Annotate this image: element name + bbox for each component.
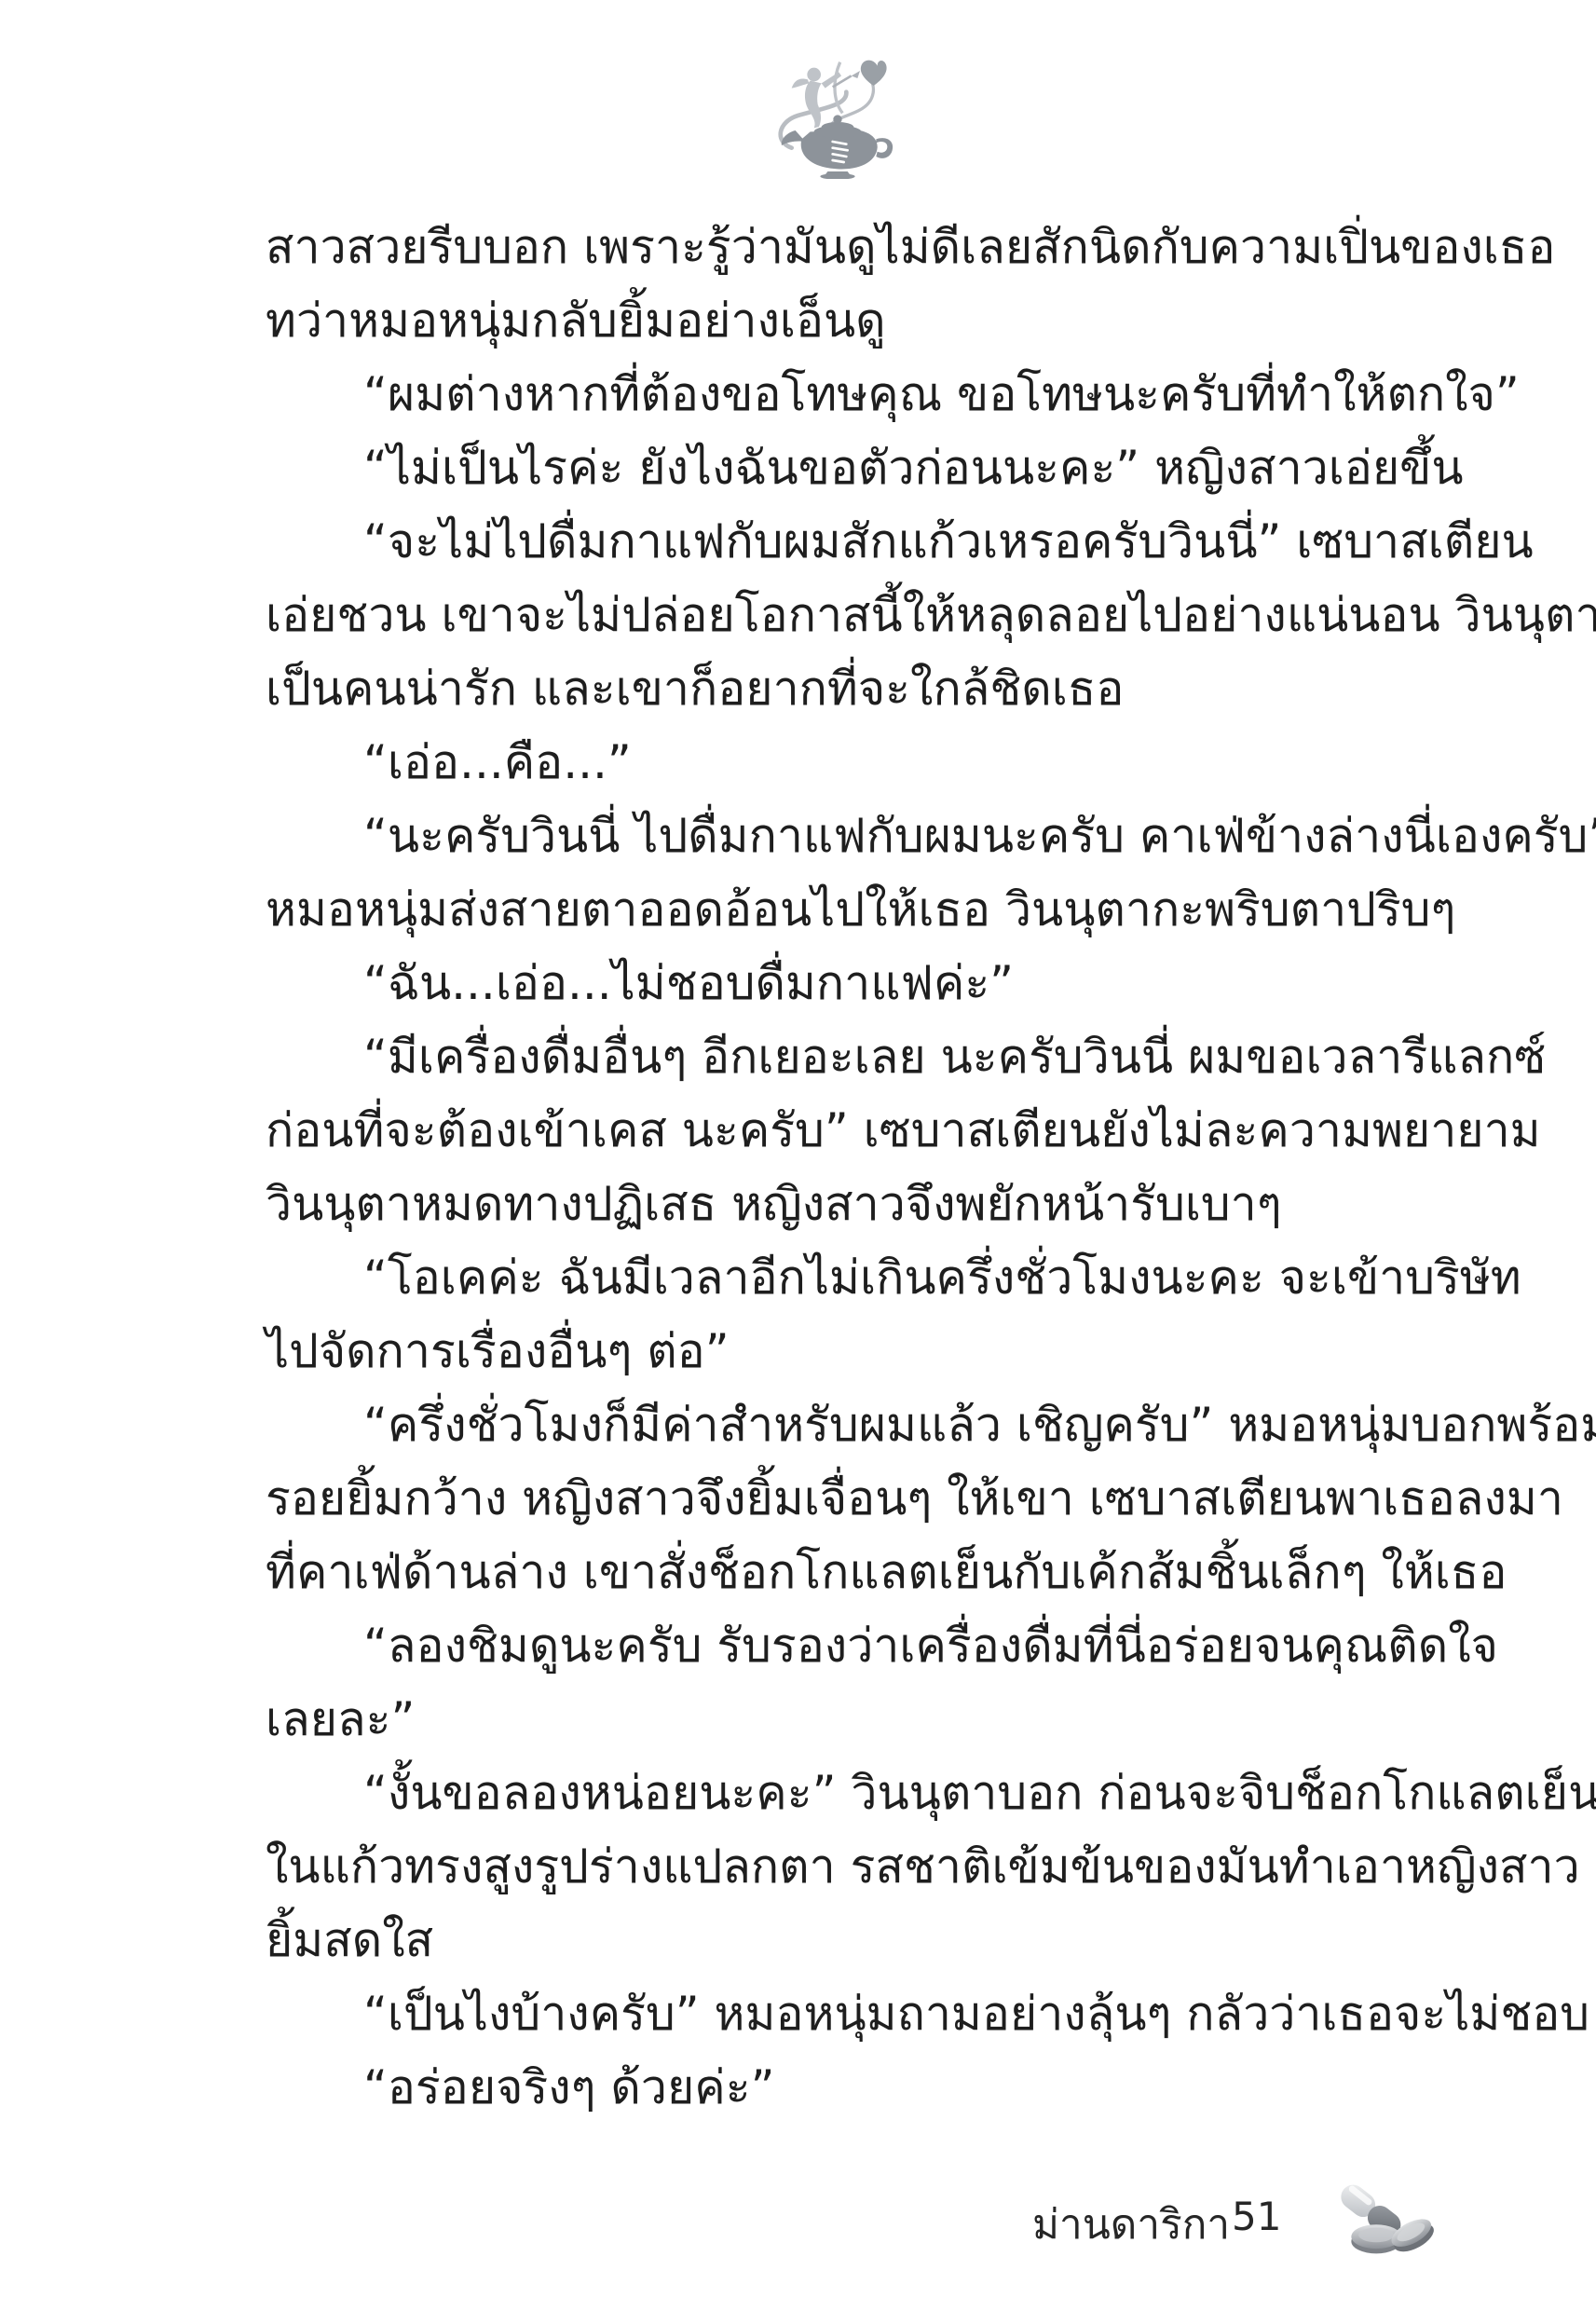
genie-lamp-icon: [782, 115, 893, 179]
page-number: 51: [1232, 2194, 1281, 2239]
body-text-line: “ไม่เป็นไรค่ะ ยังไงฉันขอตัวก่อนนะคะ” หญิ…: [266, 431, 1430, 505]
body-text-line: “ลองชิมดูนะครับ รับรองว่าเครื่องดื่มที่น…: [266, 1609, 1430, 1683]
body-text-line: “ผมต่างหากที่ต้องขอโทษคุณ ขอโทษนะครับที่…: [266, 358, 1430, 431]
page-footer: ม่านดาริกา 51: [0, 2179, 1596, 2281]
body-text-line: ยิ้มสดใส: [266, 1904, 1430, 1977]
book-title: ม่านดาริกา: [1032, 2192, 1230, 2257]
body-text-line: “ฉัน...เอ่อ...ไม่ชอบดื่มกาแฟค่ะ”: [266, 947, 1430, 1020]
body-text: สาวสวยรีบบอก เพราะรู้ว่ามันดูไม่ดีเลยสัก…: [266, 211, 1430, 2125]
body-text-line: เลยละ”: [266, 1683, 1430, 1757]
body-text-line: ที่คาเฟ่ด้านล่าง เขาสั่งช็อกโกแลตเย็นกับ…: [266, 1536, 1430, 1609]
body-text-line: “จะไม่ไปดื่มกาแฟกับผมสักแก้วเหรอครับวินน…: [266, 505, 1430, 579]
body-text-line: “อร่อยจริงๆ ด้วยค่ะ”: [266, 2051, 1430, 2125]
body-text-line: วินนุตาหมดทางปฏิเสธ หญิงสาวจึงพยักหน้ารั…: [266, 1168, 1430, 1241]
arrow-head: [852, 71, 860, 78]
body-text-line: “เป็นไงบ้างครับ” หมอหนุ่มถามอย่างลุ้นๆ ก…: [266, 1977, 1430, 2051]
cupid-genie-lamp-ornament-icon: [771, 48, 911, 179]
body-text-line: ในแก้วทรงสูงรูปร่างแปลกตา รสชาติเข้มข้นข…: [266, 1830, 1430, 1904]
body-text-line: “ครึ่งชั่วโมงก็มีค่าสำหรับผมแล้ว เชิญครั…: [266, 1388, 1430, 1462]
body-text-line: รอยยิ้มกว้าง หญิงสาวจึงยิ้มเจื่อนๆ ให้เข…: [266, 1462, 1430, 1536]
body-text-line: “นะครับวินนี่ ไปดื่มกาแฟกับผมนะครับ คาเฟ…: [266, 800, 1430, 873]
body-text-line: ทว่าหมอหนุ่มกลับยิ้มอย่างเอ็นดู: [266, 284, 1430, 358]
body-text-line: เป็นคนน่ารัก และเขาก็อยากที่จะใกล้ชิดเธอ: [266, 652, 1430, 726]
body-text-line: “เอ่อ...คือ...”: [266, 726, 1430, 800]
book-page: สาวสวยรีบบอก เพราะรู้ว่ามันดูไม่ดีเลยสัก…: [0, 0, 1596, 2311]
body-text-line: ก่อนที่จะต้องเข้าเคส นะครับ” เซบาสเตียนย…: [266, 1094, 1430, 1168]
pills-icon: [1328, 2179, 1444, 2267]
body-text-line: “งั้นขอลองหน่อยนะคะ” วินนุตาบอก ก่อนจะจิ…: [266, 1757, 1430, 1830]
body-text-line: สาวสวยรีบบอก เพราะรู้ว่ามันดูไม่ดีเลยสัก…: [266, 211, 1430, 284]
heart-icon: [861, 61, 887, 86]
body-text-line: “โอเคค่ะ ฉันมีเวลาอีกไม่เกินครึ่งชั่วโมง…: [266, 1241, 1430, 1315]
body-text-line: เอ่ยชวน เขาจะไม่ปล่อยโอกาสนี้ให้หลุดลอยไ…: [266, 579, 1430, 652]
body-text-line: ไปจัดการเรื่องอื่นๆ ต่อ”: [266, 1315, 1430, 1388]
body-text-line: “มีเครื่องดื่มอื่นๆ อีกเยอะเลย นะครับวิน…: [266, 1020, 1430, 1094]
body-text-line: หมอหนุ่มส่งสายตาออดอ้อนไปให้เธอ วินนุตาก…: [266, 873, 1430, 947]
